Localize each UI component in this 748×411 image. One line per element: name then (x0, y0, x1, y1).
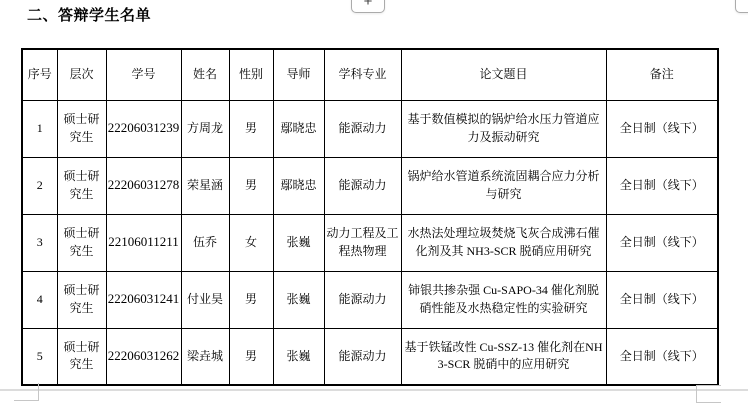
table-header-row: 序号 层次 学号 姓名 性别 导师 学科专业 论文题目 备注 (22, 49, 718, 100)
cell-no: 2 (22, 157, 57, 214)
cell-name: 伍乔 (181, 214, 229, 271)
cell-gender: 男 (229, 271, 273, 328)
cell-advisor: 鄢晓忠 (273, 100, 324, 157)
cell-major: 能源动力 (324, 100, 401, 157)
cell-major: 动力工程及工程热物理 (324, 214, 401, 271)
table-row: 5 硕士研究生 22206031262 梁垚城 男 张巍 能源动力 基于铁锰改性… (22, 328, 718, 385)
cell-advisor: 张巍 (273, 328, 324, 385)
cell-note: 全日制（线下） (606, 100, 718, 157)
table-row: 1 硕士研究生 22206031239 方周龙 男 鄢晓忠 能源动力 基于数值模… (22, 100, 718, 157)
defense-student-table: 序号 层次 学号 姓名 性别 导师 学科专业 论文题目 备注 1 硕士研究生 2… (21, 48, 719, 386)
table-grip-left[interactable] (14, 383, 39, 401)
col-header-advisor: 导师 (273, 49, 324, 100)
cell-note: 全日制（线下） (606, 157, 718, 214)
cell-advisor: 张巍 (273, 214, 324, 271)
cell-gender: 男 (229, 100, 273, 157)
col-header-note: 备注 (606, 49, 718, 100)
cell-advisor: 鄢晓忠 (273, 157, 324, 214)
cell-name: 梁垚城 (181, 328, 229, 385)
edge-partial-button[interactable] (735, 0, 748, 13)
cell-level: 硕士研究生 (57, 328, 106, 385)
cell-no: 1 (22, 100, 57, 157)
col-header-level: 层次 (57, 49, 106, 100)
cell-level: 硕士研究生 (57, 157, 106, 214)
cell-major: 能源动力 (324, 271, 401, 328)
table-row: 3 硕士研究生 22106011211 伍乔 女 张巍 动力工程及工程热物理 水… (22, 214, 718, 271)
col-header-thesis-title: 论文题目 (401, 49, 606, 100)
cell-name: 方周龙 (181, 100, 229, 157)
cell-no: 5 (22, 328, 57, 385)
plus-icon: + (364, 0, 373, 10)
table-grip-right[interactable] (696, 385, 721, 403)
col-header-no: 序号 (22, 49, 57, 100)
cell-student-id: 22106011211 (106, 214, 181, 271)
cell-thesis-title: 铈银共掺杂强 Cu-SAPO-34 催化剂脱硝性能及水热稳定性的实验研究 (401, 271, 606, 328)
col-header-gender: 性别 (229, 49, 273, 100)
col-header-student-id: 学号 (106, 49, 181, 100)
cell-thesis-title: 基于数值模拟的锅炉给水压力管道应力及振动研究 (401, 100, 606, 157)
cell-level: 硕士研究生 (57, 271, 106, 328)
cell-gender: 男 (229, 328, 273, 385)
cell-advisor: 张巍 (273, 271, 324, 328)
cell-major: 能源动力 (324, 157, 401, 214)
table-row: 2 硕士研究生 22206031278 荣星涵 男 鄢晓忠 能源动力 锅炉给水管… (22, 157, 718, 214)
page-separator-line (0, 389, 748, 391)
cell-thesis-title: 锅炉给水管道系统流固耦合应力分析与研究 (401, 157, 606, 214)
table-row: 4 硕士研究生 22206031241 付业昊 男 张巍 能源动力 铈银共掺杂强… (22, 271, 718, 328)
cell-thesis-title: 水热法处理垃圾焚烧飞灰合成沸石催化剂及其 NH3-SCR 脱硝应用研究 (401, 214, 606, 271)
cell-level: 硕士研究生 (57, 214, 106, 271)
cell-thesis-title: 基于铁锰改性 Cu-SSZ-13 催化剂在NH3-SCR 脱硝中的应用研究 (401, 328, 606, 385)
cell-major: 能源动力 (324, 328, 401, 385)
cell-gender: 男 (229, 157, 273, 214)
cell-gender: 女 (229, 214, 273, 271)
cell-no: 4 (22, 271, 57, 328)
add-button[interactable]: + (351, 0, 385, 13)
cell-name: 荣星涵 (181, 157, 229, 214)
cell-student-id: 22206031278 (106, 157, 181, 214)
cell-student-id: 22206031239 (106, 100, 181, 157)
cell-student-id: 22206031262 (106, 328, 181, 385)
cell-note: 全日制（线下） (606, 328, 718, 385)
col-header-major: 学科专业 (324, 49, 401, 100)
page-title: 二、答辩学生名单 (27, 4, 151, 25)
cell-level: 硕士研究生 (57, 100, 106, 157)
cell-name: 付业昊 (181, 271, 229, 328)
cell-note: 全日制（线下） (606, 271, 718, 328)
cell-student-id: 22206031241 (106, 271, 181, 328)
cell-no: 3 (22, 214, 57, 271)
cell-note: 全日制（线下） (606, 214, 718, 271)
col-header-name: 姓名 (181, 49, 229, 100)
